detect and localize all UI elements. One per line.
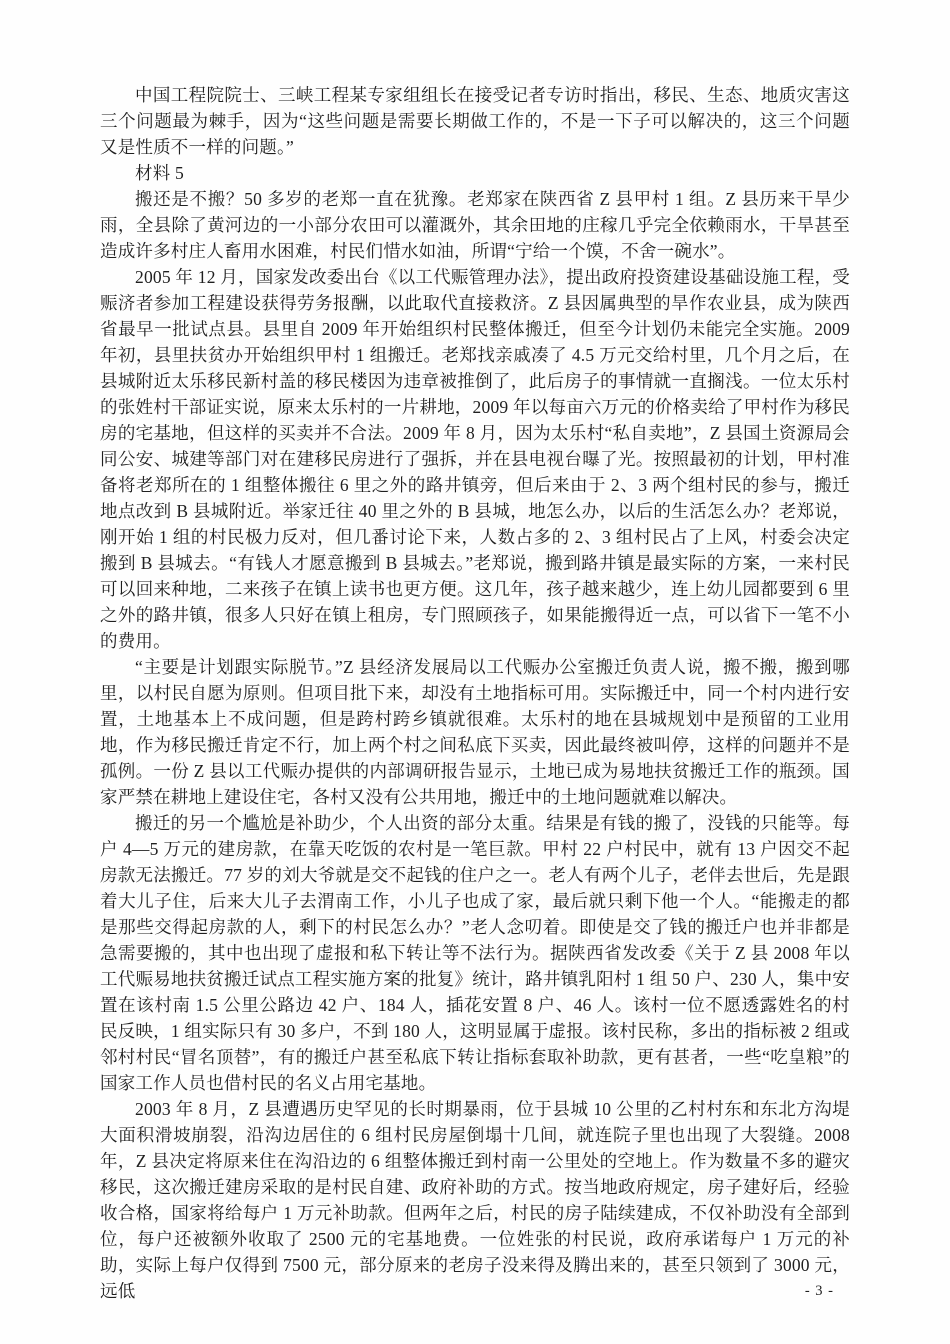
paragraph-2005-policy-and-relocation-history: 2005 年 12 月，国家发改委出台《以工代赈管理办法》，提出政府投资建设基础… (100, 264, 850, 654)
section-label-material-5: 材料 5 (100, 160, 850, 186)
paragraph-subsidy-shortage-and-fraud: 搬迁的另一个尴尬是补助少，个人出资的部分太重。结果是有钱的搬了，没钱的只能等。每… (100, 810, 850, 1096)
document-body: 中国工程院院士、三峡工程某专家组组长在接受记者专访时指出，移民、生态、地质灾害这… (100, 82, 850, 1304)
paragraph-expert-quote: 中国工程院院士、三峡工程某专家组组长在接受记者专访时指出，移民、生态、地质灾害这… (100, 82, 850, 160)
document-page: 中国工程院院士、三峡工程某专家组组长在接受记者专访时指出，移民、生态、地质灾害这… (0, 0, 950, 1344)
paragraph-move-or-not-intro: 搬还是不搬？50 多岁的老郑一直在犹豫。老郑家在陕西省 Z 县甲村 1 组。Z … (100, 186, 850, 264)
page-number: - 3 - (805, 1281, 834, 1301)
paragraph-2003-rainstorm-disaster-relocation: 2003 年 8 月，Z 县遭遇历史罕见的长时期暴雨，位于县城 10 公里的乙村… (100, 1096, 850, 1304)
paragraph-plan-vs-reality-land-problem: “主要是计划跟实际脱节。”Z 县经济发展局以工代赈办公室搬迁负责人说，搬不搬，搬… (100, 654, 850, 810)
